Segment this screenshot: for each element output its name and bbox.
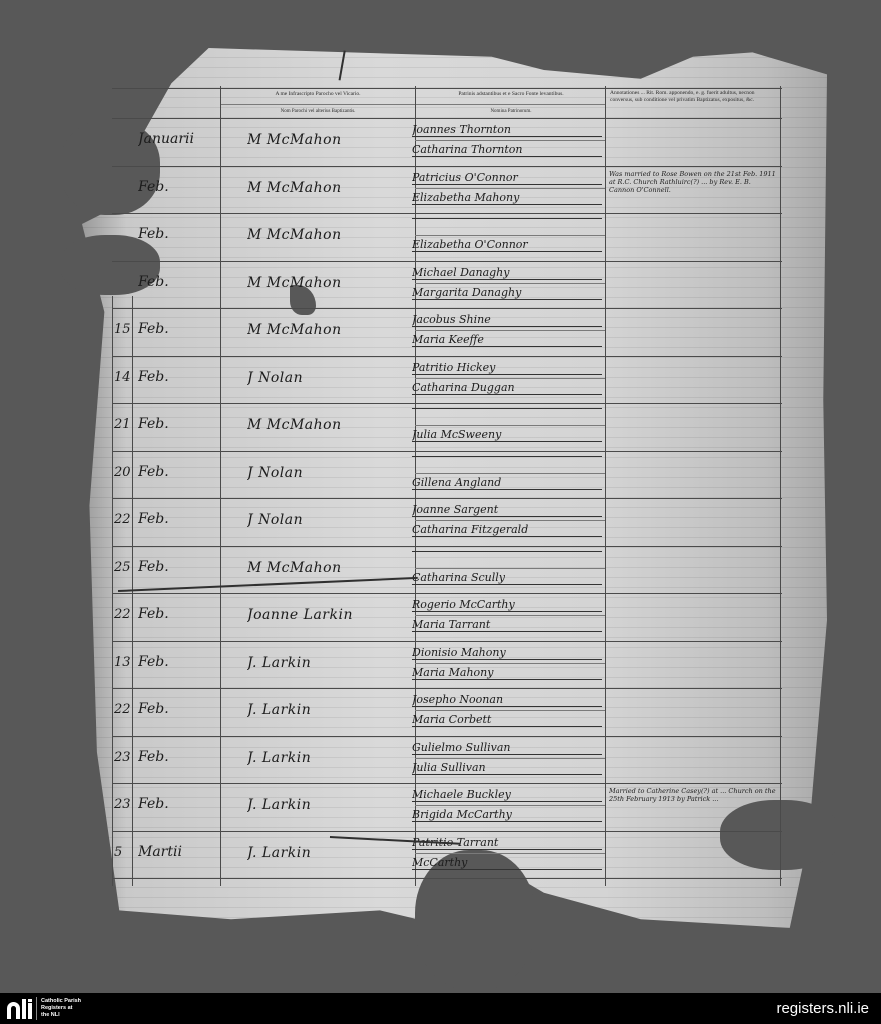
entry-godmother: Brigida McCarthy [412,808,602,822]
image-viewer[interactable]: A me Infrascripto Parocho vel Vicario. N… [0,0,881,993]
site-link[interactable]: registers.nli.ie [776,1000,869,1017]
header-sponsors-col: Patrinis adstantibus et e Sacro Fonte le… [417,91,605,98]
entry-godmother: Margarita Danaghy [412,286,602,300]
entry-priest: M McMahon [247,132,412,148]
entry-godfather: Josepho Noonan [412,693,602,707]
header-notes-col: Annotationes ... Rit. Rom. apponendo, e.… [610,90,778,104]
entry-godfather: Michael Danaghy [412,266,602,280]
entry-priest: M McMahon [247,227,412,243]
entry-godfather: Dionisio Mahony [412,646,602,660]
logo-letter-n [7,1002,20,1019]
entry-day: 23 [114,797,132,812]
entry-godmother: Maria Tarrant [412,618,602,632]
entry-month: Feb. [138,416,218,432]
header-priest-sub: Nom Parochi vel alterius Baptizantis. [222,108,414,115]
register-entry: 23Feb.J. LarkinMichaele BuckleyBrigida M… [112,783,782,831]
entry-godfather [412,551,602,552]
entry-priest: J Nolan [247,370,412,386]
register-entry: 22Feb.Joanne LarkinRogerio McCarthyMaria… [112,593,782,641]
entry-godmother: Catharina Scully [412,571,602,585]
entry-priest: M McMahon [247,417,412,433]
register-entry: 21Feb.M McMahonJulia McSweeny [112,403,782,451]
entry-godmother: Maria Keeffe [412,333,602,347]
header-priest-col: A me Infrascripto Parocho vel Vicario. [222,91,414,98]
entry-godfather: Jacobus Shine [412,313,602,327]
register-entry: Feb.M McMahonMichael DanaghyMargarita Da… [112,261,782,309]
entry-priest: M McMahon [247,322,412,338]
register-entry: 5MartiiJ. LarkinPatritio TarrantMcCarthy [112,831,782,879]
register-entry: 20Feb.J NolanGillena Angland [112,451,782,499]
entry-godmother: Maria Corbett [412,713,602,727]
entry-day: 22 [114,607,132,622]
register-entry: 15Feb.M McMahonJacobus ShineMaria Keeffe [112,308,782,356]
entry-priest: J. Larkin [247,797,412,813]
entry-godfather: Joanne Sargent [412,503,602,517]
entry-month: Martii [138,844,218,860]
entry-godfather [412,408,602,409]
entry-note: Was married to Rose Bowen on the 21st Fe… [609,170,777,194]
entry-note: Married to Catherine Casey(?) at ... Chu… [609,787,777,803]
entry-priest: J. Larkin [247,655,412,671]
entry-godfather [412,218,602,219]
register-entry: Feb.M McMahonElizabetha O'Connor [112,213,782,261]
entry-godmother: Catharina Thornton [412,143,602,157]
entry-month: Feb. [138,274,218,290]
entry-godmother: Gillena Angland [412,476,602,490]
entry-month: Feb. [138,464,218,480]
register-entry: 22Feb.J. LarkinJosepho NoonanMaria Corbe… [112,688,782,736]
register-entry: 14Feb.J NolanPatritio HickeyCatharina Du… [112,356,782,404]
register-entry: JanuariiM McMahonJoannes ThorntonCathari… [112,118,782,166]
entry-day: 23 [114,750,132,765]
entry-godfather: Patricius O'Connor [412,171,602,185]
entry-day: 22 [114,702,132,717]
entry-day: 15 [114,322,132,337]
entry-godmother: McCarthy [412,856,602,870]
entry-month: Feb. [138,321,218,337]
entry-godfather: Patritio Hickey [412,361,602,375]
entry-godmother: Elizabetha O'Connor [412,238,602,252]
entry-day: 14 [114,370,132,385]
nli-logo[interactable] [7,998,32,1019]
register-entry: 13Feb.J. LarkinDionisio MahonyMaria Maho… [112,641,782,689]
entry-month: Januarii [138,131,218,147]
entry-month: Feb. [138,511,218,527]
entry-day: 21 [114,417,132,432]
entry-priest: M McMahon [247,275,412,291]
entry-month: Feb. [138,369,218,385]
entry-day: 22 [114,512,132,527]
entry-godfather [412,456,602,457]
header-sponsors-sub: Nomina Patrinorum. [417,108,605,115]
entry-godmother: Elizabetha Mahony [412,191,602,205]
entry-priest: J Nolan [247,512,412,528]
entry-priest: J. Larkin [247,845,412,861]
entry-day: 20 [114,465,132,480]
entry-godfather: Michaele Buckley [412,788,602,802]
entry-godmother: Catharina Fitzgerald [412,523,602,537]
entry-month: Feb. [138,654,218,670]
entry-month: Feb. [138,226,218,242]
logo-caption: Catholic Parish Registers at the NLI [41,998,81,1019]
entry-priest: J. Larkin [247,702,412,718]
entry-godfather: Joannes Thornton [412,123,602,137]
register-entry: 22Feb.J NolanJoanne SargentCatharina Fit… [112,498,782,546]
entry-day: 25 [114,560,132,575]
entry-godfather: Gulielmo Sullivan [412,741,602,755]
entry-godmother: Maria Mahony [412,666,602,680]
entry-priest: J Nolan [247,465,412,481]
entry-month: Feb. [138,179,218,195]
entry-day: 5 [114,845,132,860]
baptism-register-table: A me Infrascripto Parocho vel Vicario. N… [112,86,782,886]
entry-priest: Joanne Larkin [247,607,412,623]
logo-divider [36,997,37,1020]
register-entry: Feb.M McMahonPatricius O'ConnorElizabeth… [112,166,782,214]
entry-godmother: Julia Sullivan [412,761,602,775]
entry-priest: M McMahon [247,560,412,576]
entry-day: 13 [114,655,132,670]
entry-month: Feb. [138,701,218,717]
register-entry: 23Feb.J. LarkinGulielmo SullivanJulia Su… [112,736,782,784]
entry-month: Feb. [138,606,218,622]
entry-godmother: Catharina Duggan [412,381,602,395]
footer-bar: Catholic Parish Registers at the NLI reg… [0,993,881,1024]
logo-letter-i [28,1003,32,1019]
entry-month: Feb. [138,559,218,575]
entry-priest: M McMahon [247,180,412,196]
entry-month: Feb. [138,796,218,812]
entry-godmother: Julia McSweeny [412,428,602,442]
entry-month: Feb. [138,749,218,765]
entry-godfather: Rogerio McCarthy [412,598,602,612]
logo-letter-l [22,999,26,1019]
entry-priest: J. Larkin [247,750,412,766]
